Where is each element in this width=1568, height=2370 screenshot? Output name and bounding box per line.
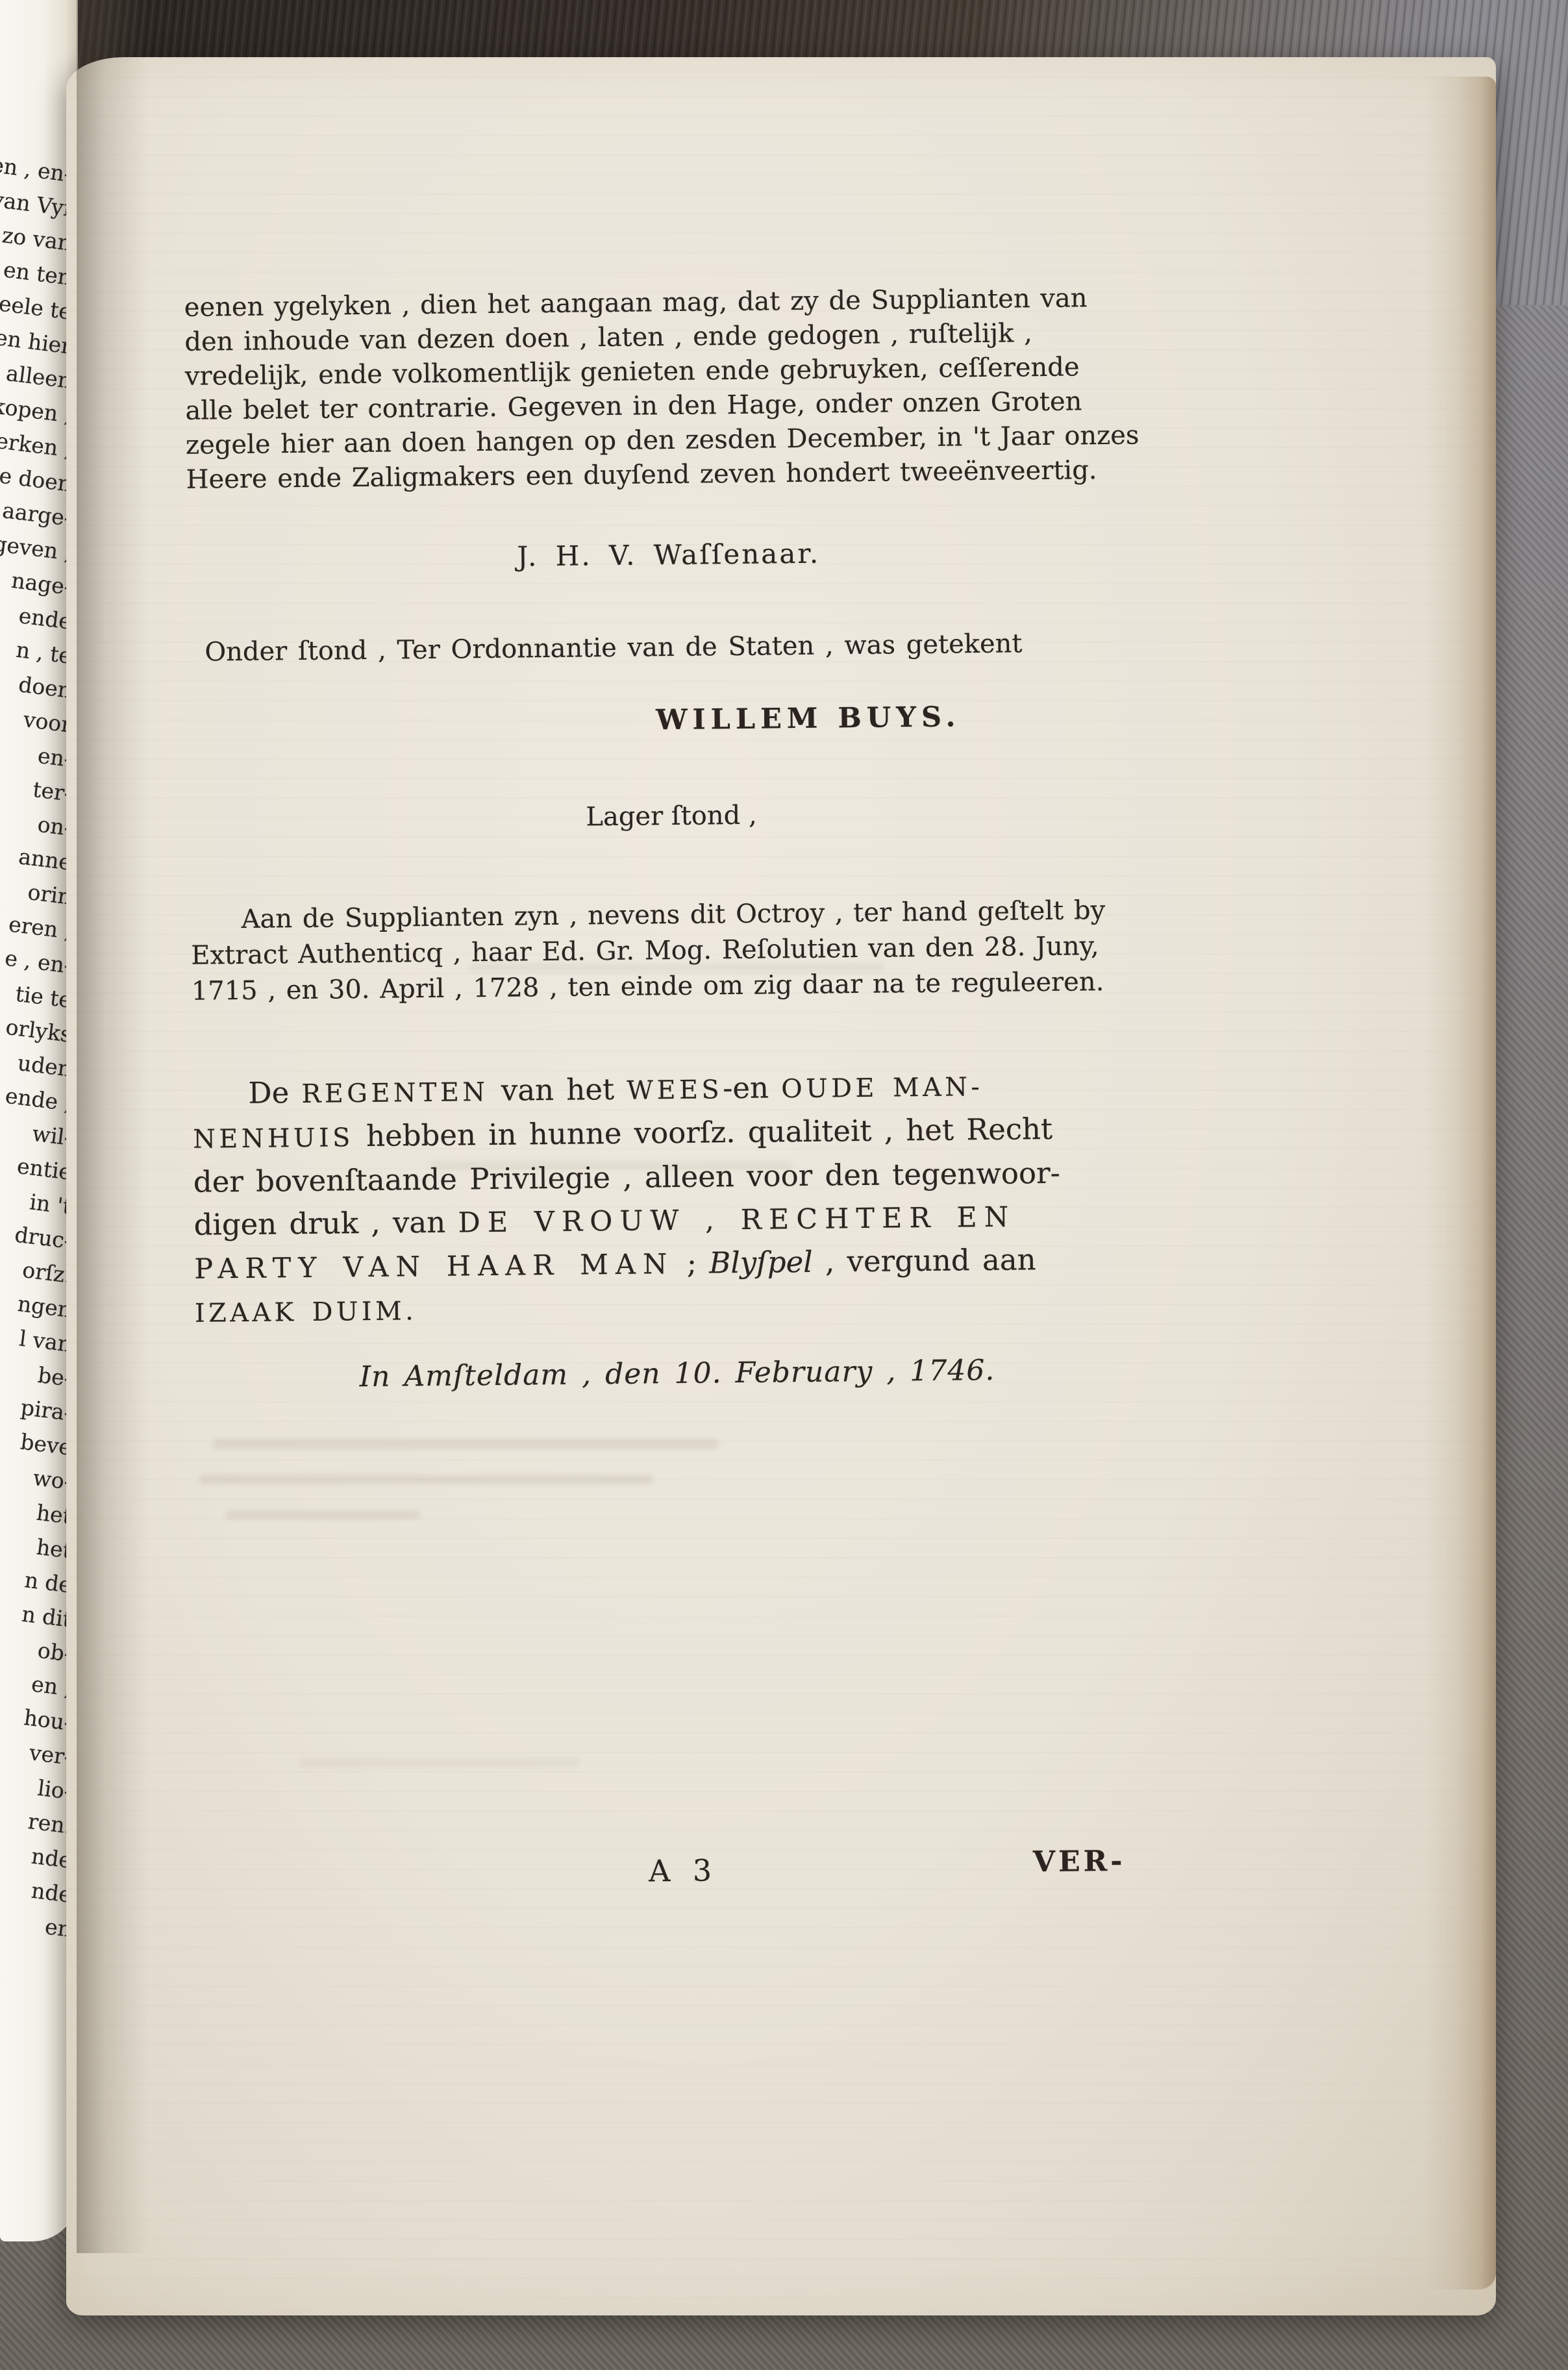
signature-catchword-row: A 3 VER- <box>201 1848 1165 1917</box>
text-segment: ; <box>674 1245 709 1280</box>
photograph-of-open-book: eren , en-van Vyfzo vant , en tenoneele … <box>0 0 1568 2370</box>
dateline-amsterdam-1746: In Amſteldam , den 10. February , 1746. <box>195 1352 1159 1395</box>
printed-text-column: eenen ygelyken , dien het aangaan mag, d… <box>182 52 1169 2320</box>
text-segment: Party van haar Man <box>194 1248 675 1286</box>
text-segment: hebben in hunne voorſz. qualiteit , het … <box>353 1112 1052 1153</box>
gutter-shadow <box>77 0 148 2253</box>
page-fore-edge <box>1425 77 1496 2289</box>
book-page: eenen ygelyken , dien het aangaan mag, d… <box>66 57 1496 2315</box>
text-segment: nenhuis <box>193 1123 354 1154</box>
left-page-text-fragments: eren , en-van Vyfzo vant , en tenoneele … <box>0 157 71 1947</box>
text-line: Izaak Duim. <box>195 1280 1159 1335</box>
text-segment: Oude Man- <box>781 1072 983 1104</box>
supplianten-paragraph: Aan de Supplianten zyn , nevens dit Octr… <box>190 892 1155 1010</box>
regenten-grant-paragraph: De Regenten van het Wees-en Oude Man-nen… <box>192 1062 1158 1335</box>
text-segment: De <box>248 1075 302 1110</box>
text-segment: der bovenſtaande Privilegie , alleen voo… <box>193 1156 1060 1199</box>
text-segment: Regenten <box>301 1077 489 1109</box>
catchword-ver: VER- <box>1033 1845 1126 1878</box>
text-segment: Izaak Duim. <box>195 1296 417 1328</box>
text-segment: -en <box>723 1070 782 1105</box>
text-segment: , vergund aan <box>812 1242 1036 1279</box>
text-segment: digen druk , van <box>193 1205 458 1242</box>
text-segment: Blyſpel <box>709 1245 813 1280</box>
onder-stond-line: Onder ſtond , Ter Ordonnantie van de Sta… <box>188 627 1168 667</box>
text-segment: van het <box>488 1072 627 1108</box>
signature-willem-buys: WILLEM BUYS. <box>188 699 1152 742</box>
closing-paragraph-of-privilege: eenen ygelyken , dien het aangaan mag, d… <box>184 281 1150 497</box>
signature-wassenaar: J. H. V. Waſſenaar. <box>187 534 1151 576</box>
text-segment: De Vrouw , Rechter en <box>458 1201 1015 1240</box>
lager-stond-line: Lager ſtond , <box>190 796 1153 836</box>
text-segment: Wees <box>627 1075 723 1106</box>
signature-mark-a3: A 3 <box>649 1852 719 1888</box>
